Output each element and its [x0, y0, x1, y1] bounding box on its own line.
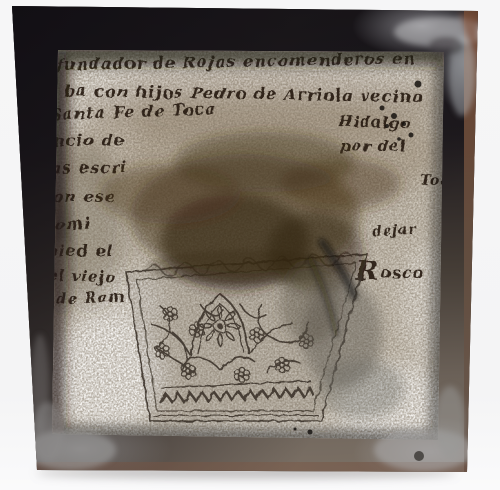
manuscript-line-7-right: dejar	[371, 222, 418, 240]
manuscript-rosco-rest: osco	[380, 263, 424, 282]
mirror-surface: fundador de Rojas encomenderos en ba con…	[10, 4, 478, 472]
glass-plate: fundador de Rojas encomenderos en ba con…	[10, 4, 478, 472]
manuscript-line-3-right: Hidalgo	[337, 112, 412, 133]
solder-dark-spot	[414, 451, 424, 461]
plate-artwork: fundador de Rojas encomenderos en ba con…	[10, 4, 478, 472]
photo-backdrop: fundador de Rojas encomenderos en ba con…	[0, 0, 500, 490]
